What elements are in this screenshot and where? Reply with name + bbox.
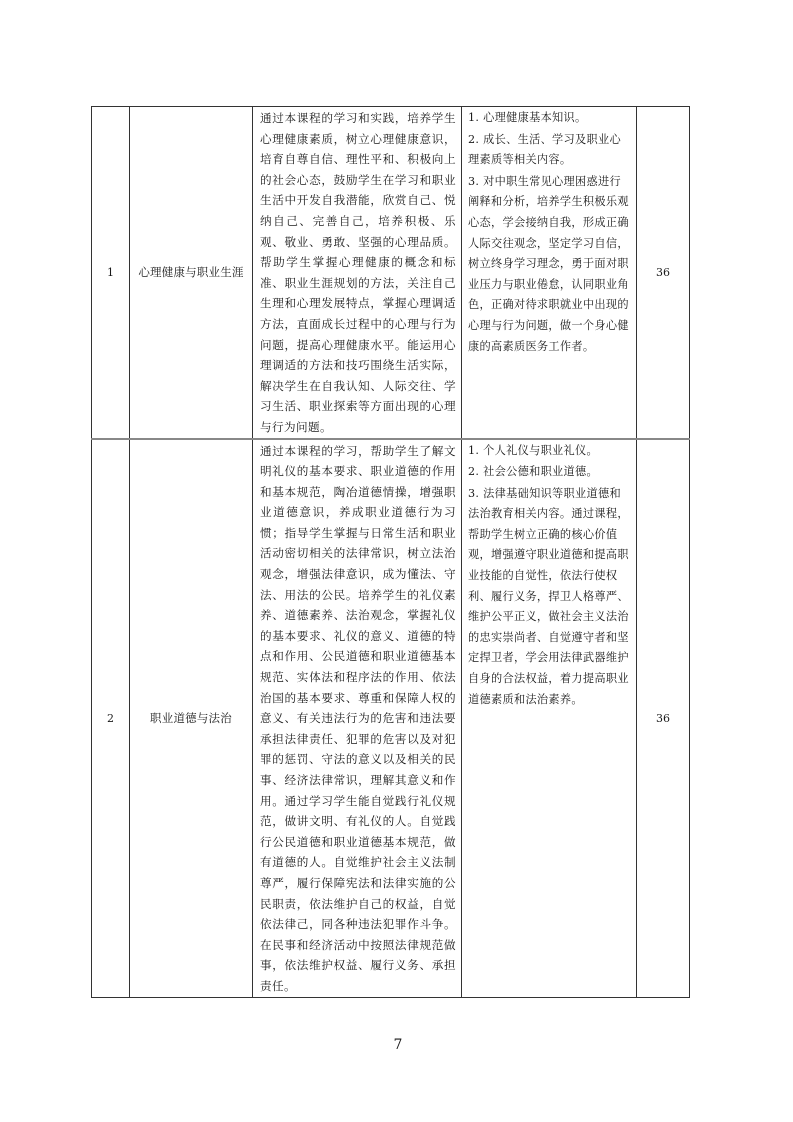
content-item: 3. 对中职生常见心理困惑进行阐释和分析，培养学生积极乐观心态，学会接纳自我，形… [462,171,636,357]
course-content-cell: 1. 心理健康基本知识。 2. 成长、生活、学习及职业心理素质等相关内容。 3.… [462,107,637,439]
course-name: 职业道德与法治 [130,439,253,998]
course-number: 2 [92,439,130,998]
content-item: 1. 心理健康基本知识。 [462,107,636,129]
course-content-cell: 1. 个人礼仪与职业礼仪。 2. 社会公德和职业道德。 3. 法律基础知识等职业… [462,439,637,998]
course-goal: 通过本课程的学习，帮助学生了解文明礼仪的基本要求、职业道德的作用和基本规范，陶冶… [253,440,461,997]
table-row: 1 心理健康与职业生涯 通过本课程的学习和实践，培养学生心理健康素质，树立心理健… [92,107,690,439]
content-item: 1. 个人礼仪与职业礼仪。 [462,440,636,462]
course-hours: 36 [637,439,690,998]
content-item: 2. 社会公德和职业道德。 [462,461,636,483]
page-number: 7 [388,1037,408,1053]
course-goal: 通过本课程的学习和实践，培养学生心理健康素质，树立心理健康意识，培育自尊自信、理… [253,107,461,438]
table-row: 2 职业道德与法治 通过本课程的学习，帮助学生了解文明礼仪的基本要求、职业道德的… [92,439,690,998]
course-table: 1 心理健康与职业生涯 通过本课程的学习和实践，培养学生心理健康素质，树立心理健… [91,106,690,998]
course-goal-cell: 通过本课程的学习，帮助学生了解文明礼仪的基本要求、职业道德的作用和基本规范，陶冶… [253,439,462,998]
course-number: 1 [92,107,130,439]
course-goal-cell: 通过本课程的学习和实践，培养学生心理健康素质，树立心理健康意识，培育自尊自信、理… [253,107,462,439]
content-item: 3. 法律基础知识等职业道德和法治教育相关内容。通过课程，帮助学生树立正确的核心… [462,483,636,711]
course-hours: 36 [637,107,690,439]
content-item: 2. 成长、生活、学习及职业心理素质等相关内容。 [462,129,636,171]
course-name: 心理健康与职业生涯 [130,107,253,439]
